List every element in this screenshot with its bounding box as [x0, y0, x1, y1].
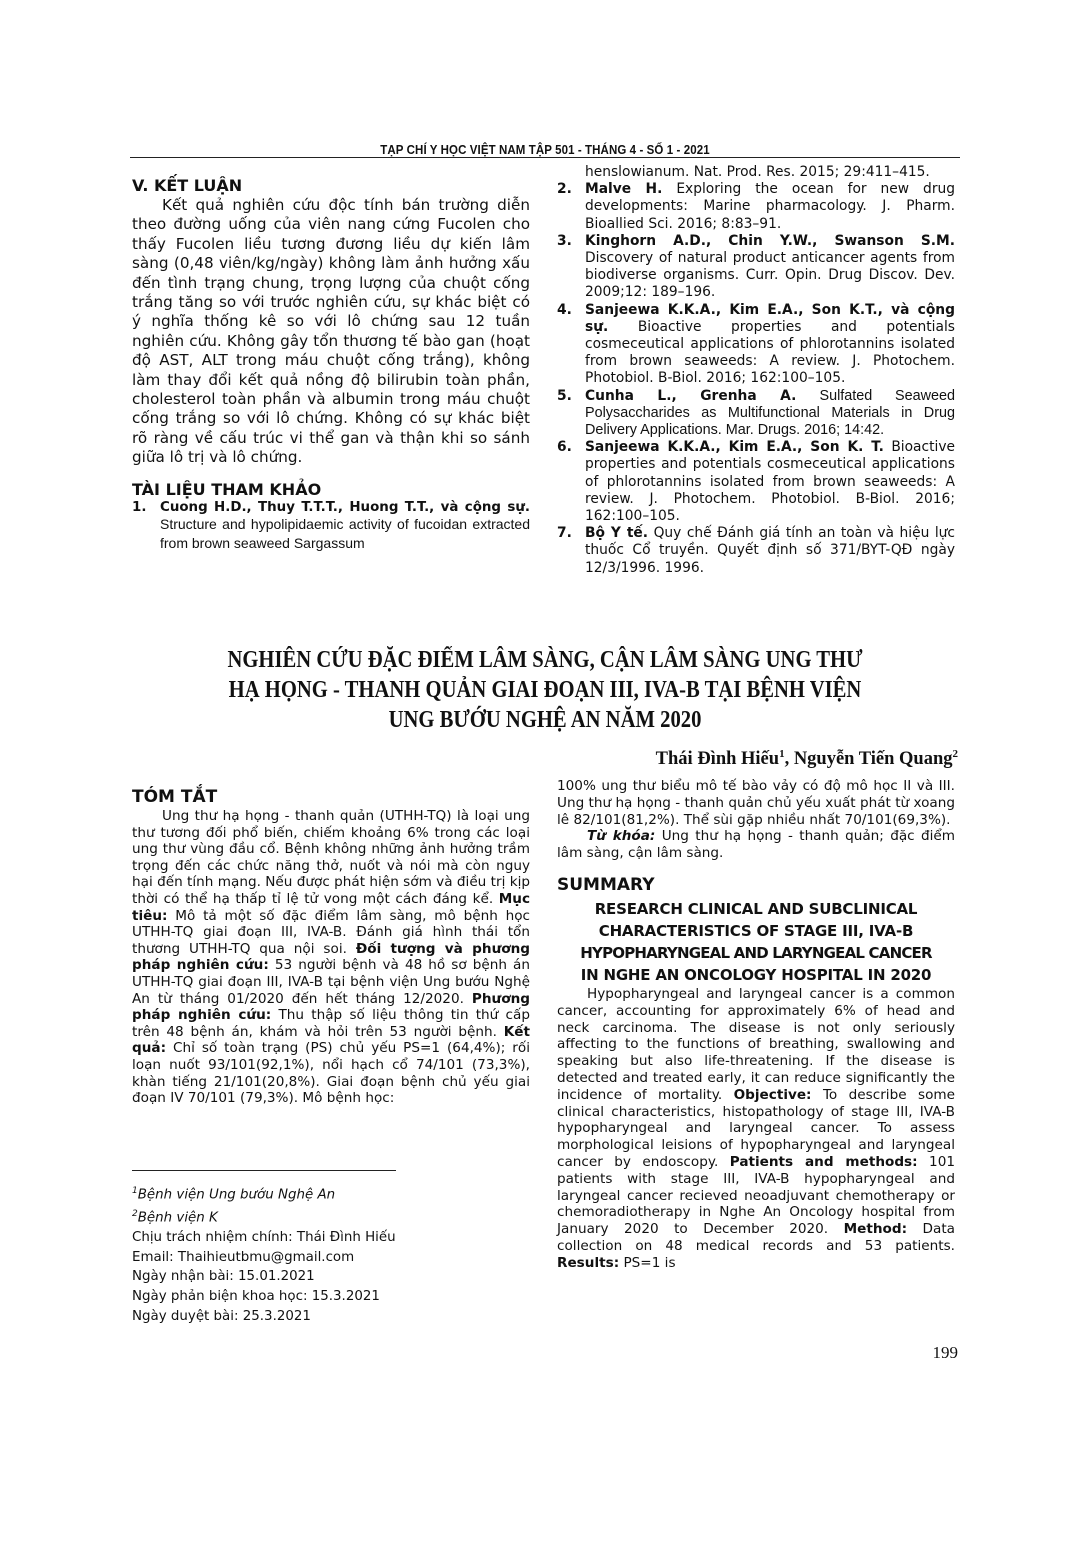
references-list-right: 2. Malve H. Exploring the ocean for new …: [557, 181, 955, 577]
summary-method-label: Method:: [844, 1221, 907, 1237]
reference-authors: Bộ Y tế.: [585, 525, 648, 541]
reference-item: 2. Malve H. Exploring the ocean for new …: [557, 181, 955, 233]
abstract-intro: Ung thư hạ họng - thanh quản (UTHH-TQ) l…: [132, 808, 530, 907]
reference-number: 3.: [557, 233, 572, 250]
prev-article-left-column: V. KẾT LUẬN Kết quả nghiên cứu độc tính …: [132, 176, 530, 553]
reference-authors: Cuong H.D., Thuy T.T.T., Huong T.T., và …: [160, 500, 530, 515]
reference-authors: Cunha L., Grenha A.: [585, 388, 796, 404]
page-number: 199: [900, 1343, 958, 1363]
reference-number: 6.: [557, 439, 572, 456]
corresponding-author: Chịu trách nhiệm chính: Thái Đình Hiếu: [132, 1228, 396, 1248]
reference-item: 1. Cuong H.D., Thuy T.T.T., Huong T.T., …: [132, 500, 530, 554]
reference-1-continuation: henslowianum. Nat. Prod. Res. 2015; 29:4…: [557, 164, 955, 181]
footnote-rule: [132, 1170, 396, 1171]
running-head: TẠP CHÍ Y HỌC VIỆT NAM TẬP 501 - THÁNG 4…: [163, 143, 927, 157]
affiliation-1: 1Bệnh viện Ung bướu Nghệ An: [132, 1182, 396, 1205]
reference-number: 1.: [132, 500, 146, 517]
author-affiliation-mark: 1: [779, 748, 785, 760]
summary-heading: SUMMARY: [557, 874, 955, 896]
summary-title-line: IN NGHE AN ONCOLOGY HOSPITAL IN 2020: [557, 964, 955, 986]
summary-results-text: PS=1 is: [623, 1255, 675, 1271]
reference-item: 3. Kinghorn A.D., Chin Y.W., Swanson S.M…: [557, 233, 955, 302]
footnotes: 1Bệnh viện Ung bướu Nghệ An 2Bệnh viện K…: [132, 1182, 396, 1326]
summary-patients-label: Patients and methods:: [730, 1154, 918, 1170]
summary-title-line: RESEARCH CLINICAL AND SUBCLINICAL: [557, 898, 955, 920]
reference-authors: Malve H.: [585, 181, 662, 197]
article-title: NGHIÊN CỨU ĐẶC ĐIỂM LÂM SÀNG, CẬN LÂM SÀ…: [205, 645, 884, 735]
abstract-heading: TÓM TẮT: [132, 786, 530, 808]
journal-page: TẠP CHÍ Y HỌC VIỆT NAM TẬP 501 - THÁNG 4…: [0, 0, 1090, 1541]
references-list-left: 1. Cuong H.D., Thuy T.T.T., Huong T.T., …: [132, 500, 530, 554]
contact-email: Email: Thaihieutbmu@gmail.com: [132, 1248, 396, 1268]
summary-body: Hypopharyngeal and laryngeal cancer is a…: [557, 986, 955, 1272]
conclusion-body: Kết quả nghiên cứu độc tính bán trường d…: [132, 196, 530, 468]
reference-text: Structure and hypolipidaemic activity of…: [160, 516, 530, 551]
reference-authors: Kinghorn A.D., Chin Y.W., Swanson S.M.: [585, 233, 955, 249]
reference-item: 6. Sanjeewa K.K.A., Kim E.A., Son K. T. …: [557, 439, 955, 525]
summary-intro: Hypopharyngeal and laryngeal cancer is a…: [557, 986, 955, 1103]
article-title-line: UNG BƯỚU NGHỆ AN NĂM 2020: [205, 705, 884, 735]
article-authors: Thái Đình Hiếu1, Nguyễn Tiến Quang2: [560, 748, 958, 770]
summary-title: RESEARCH CLINICAL AND SUBCLINICAL CHARAC…: [557, 898, 955, 986]
reference-text: Discovery of natural product anticancer …: [585, 250, 955, 300]
conclusion-heading: V. KẾT LUẬN: [132, 176, 530, 196]
author-name: Thái Đình Hiếu: [656, 749, 779, 769]
affiliation-2: 2Bệnh viện K: [132, 1205, 396, 1228]
reference-item: 4. Sanjeewa K.K.A., Kim E.A., Son K.T., …: [557, 302, 955, 388]
abstract-right-column: 100% ung thư biểu mô tế bào vảy có độ mô…: [557, 778, 955, 1272]
article-title-line: NGHIÊN CỨU ĐẶC ĐIỂM LÂM SÀNG, CẬN LÂM SÀ…: [205, 645, 884, 675]
results-text: Chỉ số toàn trạng (PS) chủ yếu PS=1 (64,…: [132, 1040, 530, 1106]
summary-title-line: HYPOPHARYNGEAL AND LARYNGEAL CANCER: [557, 942, 955, 964]
reference-number: 5.: [557, 388, 572, 405]
reference-number: 2.: [557, 181, 572, 198]
abstract-vi-results-continued: 100% ung thư biểu mô tế bào vảy có độ mô…: [557, 778, 955, 828]
references-heading: TÀI LIỆU THAM KHẢO: [132, 480, 530, 500]
reference-item: 5. Cunha L., Grenha A. Sulfated Seaweed …: [557, 388, 955, 440]
reference-number: 7.: [557, 525, 572, 542]
article-title-line: HẠ HỌNG - THANH QUẢN GIAI ĐOẠN III, IVA-…: [205, 675, 884, 705]
summary-objective-label: Objective:: [734, 1087, 812, 1103]
reference-text: Bioactive properties and potentials cosm…: [585, 319, 955, 387]
header-rule: [130, 157, 960, 158]
keywords-label: Từ khóa:: [587, 828, 655, 844]
reference-item: 7. Bộ Y tế. Quy chế Đánh giá tính an toà…: [557, 525, 955, 577]
affiliation-text: Bệnh viện K: [138, 1211, 218, 1226]
review-date: Ngày phản biện khoa học: 15.3.2021: [132, 1287, 396, 1307]
abstract-vi: TÓM TẮT Ung thư hạ họng - thanh quản (UT…: [132, 786, 530, 1107]
author-affiliation-mark: 2: [953, 748, 959, 760]
accepted-date: Ngày duyệt bài: 25.3.2021: [132, 1307, 396, 1327]
prev-article-right-column: henslowianum. Nat. Prod. Res. 2015; 29:4…: [557, 164, 955, 577]
reference-authors: Sanjeewa K.K.A., Kim E.A., Son K. T.: [585, 439, 884, 455]
summary-results-label: Results:: [557, 1255, 619, 1271]
abstract-vi-body: Ung thư hạ họng - thanh quản (UTHH-TQ) l…: [132, 808, 530, 1107]
affiliation-text: Bệnh viện Ung bướu Nghệ An: [138, 1187, 335, 1202]
keywords: Từ khóa: Ung thư hạ họng - thanh quản; đ…: [557, 828, 955, 862]
received-date: Ngày nhận bài: 15.01.2021: [132, 1267, 396, 1287]
author-name: Nguyễn Tiến Quang: [794, 749, 953, 769]
reference-number: 4.: [557, 302, 572, 319]
summary-title-line: CHARACTERISTICS OF STAGE III, IVA-B: [557, 920, 955, 942]
